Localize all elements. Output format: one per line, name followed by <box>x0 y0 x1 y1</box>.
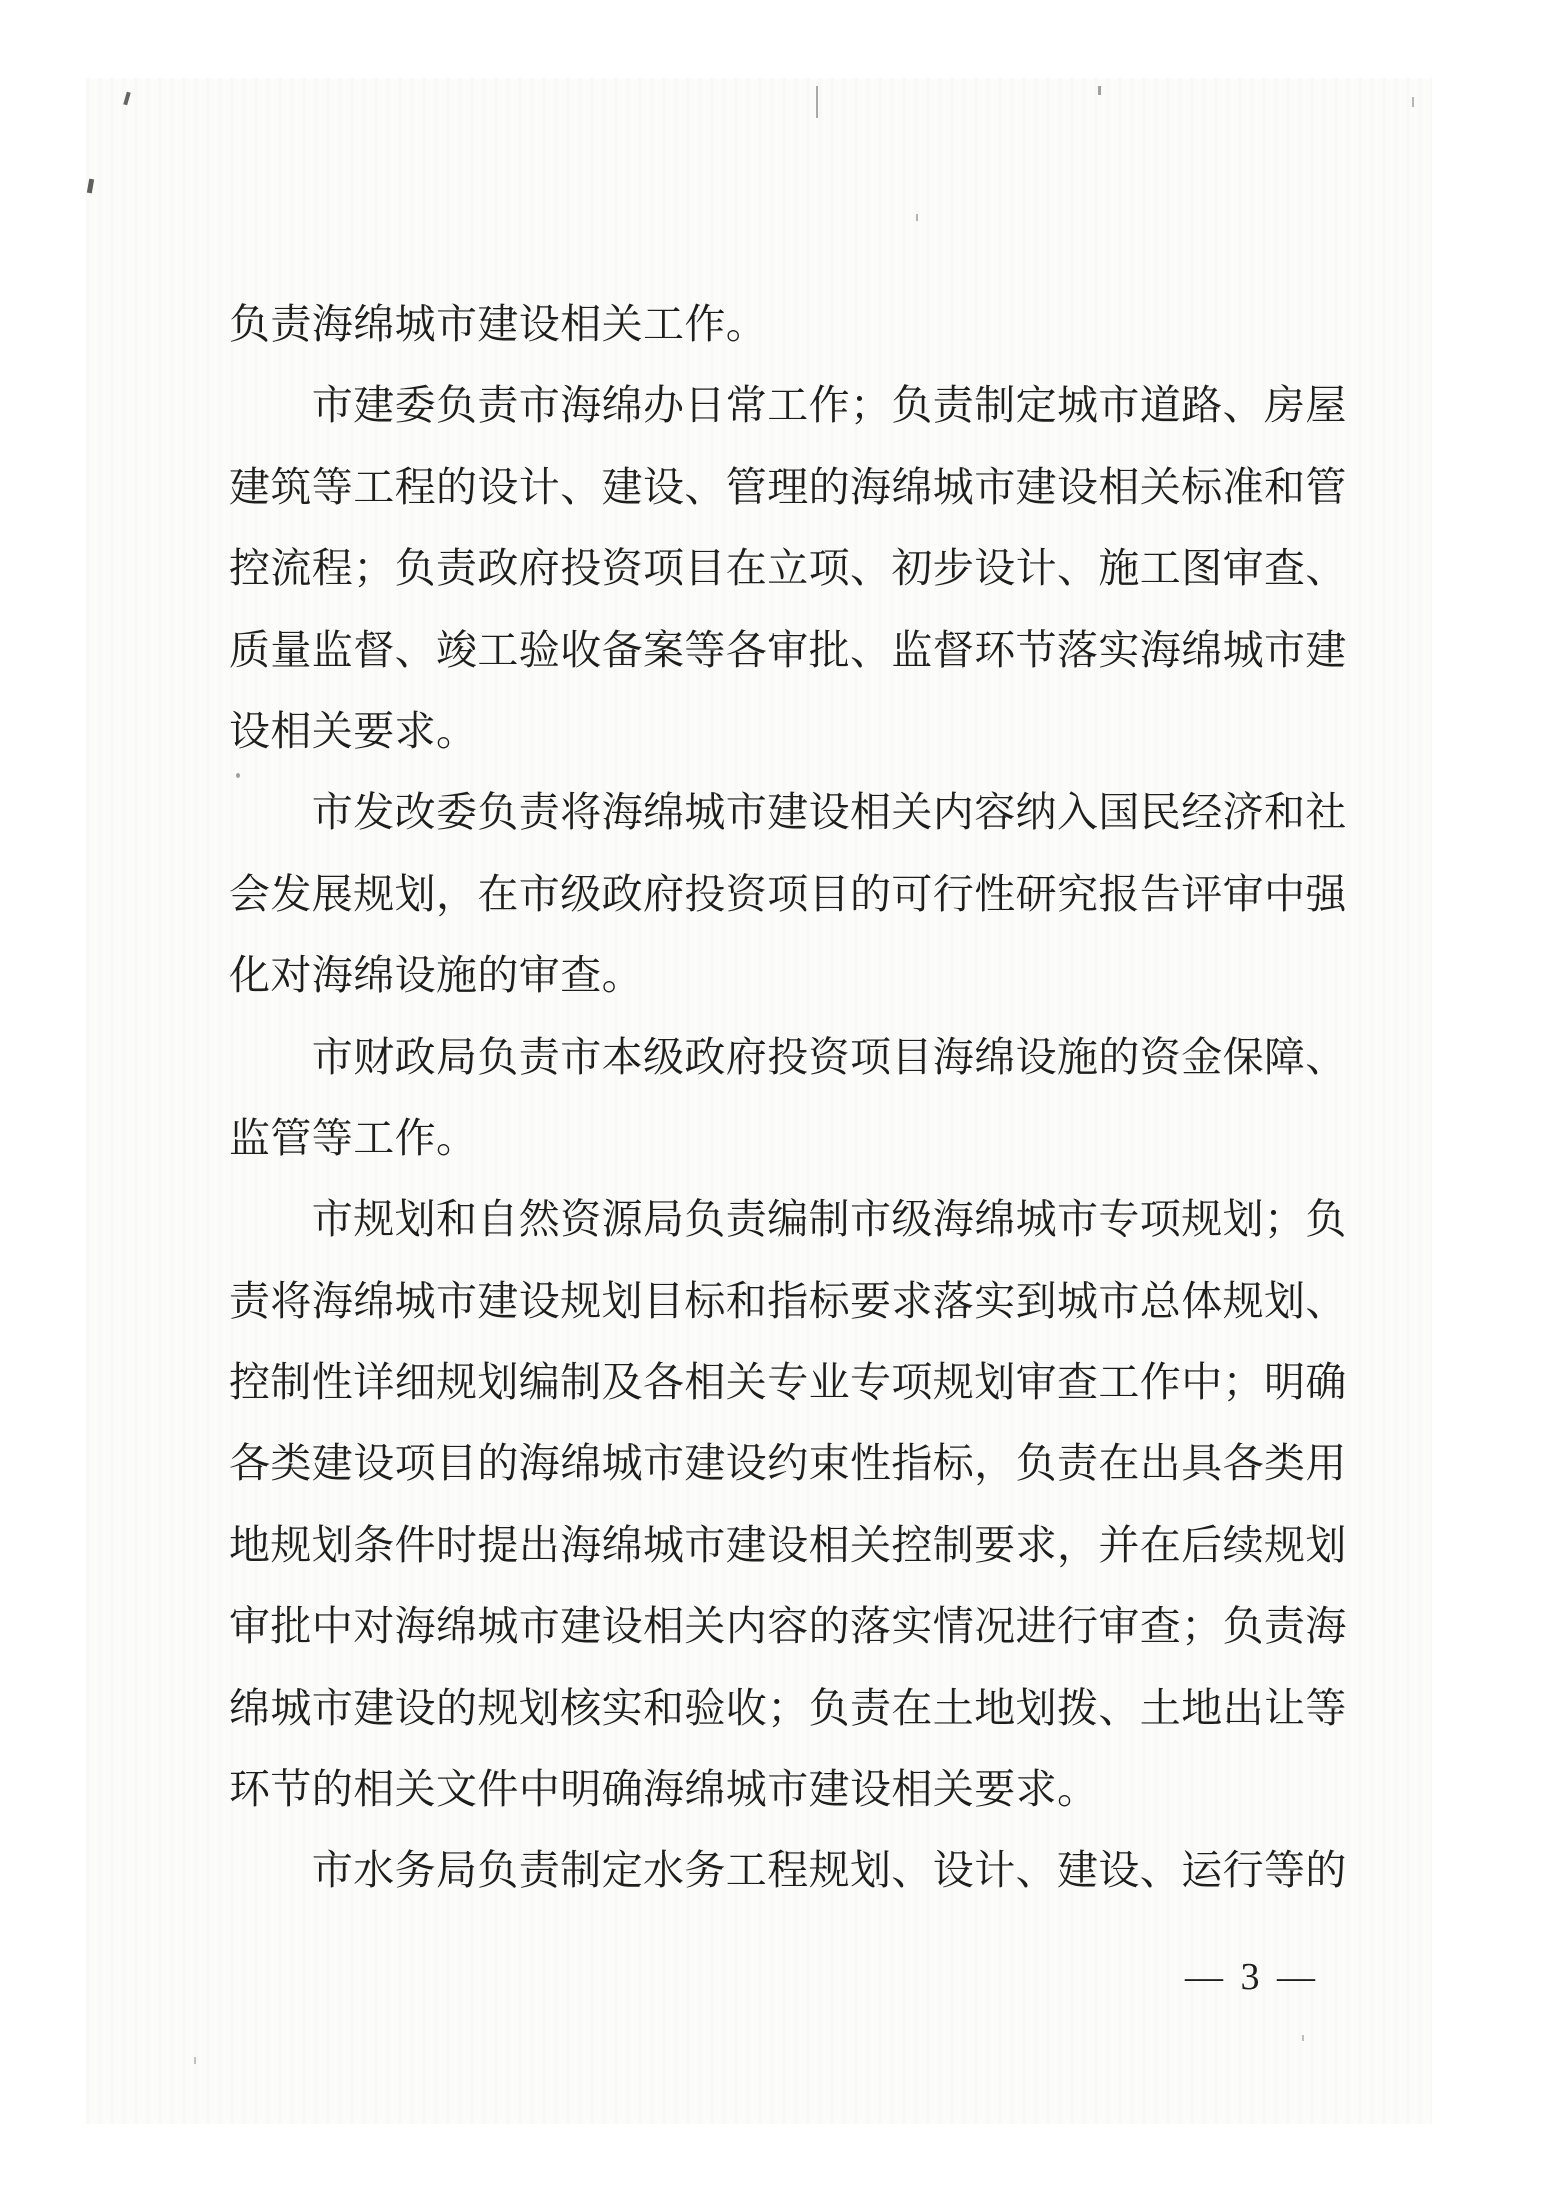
text-line: 建筑等工程的设计、建设、管理的海绵城市建设相关标准和管 <box>229 447 1353 528</box>
text-line: 控流程；负责政府投资项目在立项、初步设计、施工图审查、 <box>229 528 1353 609</box>
text-line: 会发展规划，在市级政府投资项目的可行性研究报告评审中强 <box>229 854 1353 935</box>
text-line: 绵城市建设的规划核实和验收；负责在土地划拨、土地出让等 <box>229 1668 1353 1749</box>
text-line: 各类建设项目的海绵城市建设约束性指标，负责在出具各类用 <box>229 1423 1353 1504</box>
paragraph-planning-natural-resources-bureau: 市规划和自然资源局负责编制市级海绵城市专项规划；负 责将海绵城市建设规划目标和指… <box>229 1179 1353 1830</box>
text-line: 地规划条件时提出海绵城市建设相关控制要求，并在后续规划 <box>229 1505 1353 1586</box>
text-line: 市水务局负责制定水务工程规划、设计、建设、运行等的 <box>229 1830 1353 1911</box>
page-number: — 3 — <box>1178 1955 1326 1999</box>
text-line: 设相关要求。 <box>229 691 1353 772</box>
paragraph-development-reform-commission: 市发改委负责将海绵城市建设相关内容纳入国民经济和社 会发展规划，在市级政府投资项… <box>229 772 1353 1016</box>
text-line: 监管等工作。 <box>229 1098 1353 1179</box>
text-line: 环节的相关文件中明确海绵城市建设相关要求。 <box>229 1749 1353 1830</box>
paragraph-construction-committee: 市建委负责市海绵办日常工作；负责制定城市道路、房屋 建筑等工程的设计、建设、管理… <box>229 365 1353 772</box>
text-line: 化对海绵设施的审查。 <box>229 935 1353 1016</box>
text-line: 控制性详细规划编制及各相关专业专项规划审查工作中；明确 <box>229 1342 1353 1423</box>
paragraph-finance-bureau: 市财政局负责市本级政府投资项目海绵设施的资金保障、 监管等工作。 <box>229 1017 1353 1180</box>
text-line: 市建委负责市海绵办日常工作；负责制定城市道路、房屋 <box>229 365 1353 446</box>
text-line: 市财政局负责市本级政府投资项目海绵设施的资金保障、 <box>229 1017 1353 1098</box>
document-page: 负责海绵城市建设相关工作。 市建委负责市海绵办日常工作；负责制定城市道路、房屋 … <box>0 0 1541 2197</box>
paragraph-water-affairs-bureau: 市水务局负责制定水务工程规划、设计、建设、运行等的 <box>229 1830 1353 1911</box>
text-line: 审批中对海绵城市建设相关内容的落实情况进行审查；负责海 <box>229 1586 1353 1667</box>
document-body: 负责海绵城市建设相关工作。 市建委负责市海绵办日常工作；负责制定城市道路、房屋 … <box>229 284 1353 1912</box>
text-line: 负责海绵城市建设相关工作。 <box>229 284 1353 365</box>
text-line: 责将海绵城市建设规划目标和指标要求落实到城市总体规划、 <box>229 1261 1353 1342</box>
text-line: 市发改委负责将海绵城市建设相关内容纳入国民经济和社 <box>229 772 1353 853</box>
paragraph-continuation: 负责海绵城市建设相关工作。 <box>229 284 1353 365</box>
text-line: 质量监督、竣工验收备案等各审批、监督环节落实海绵城市建 <box>229 610 1353 691</box>
text-line: 市规划和自然资源局负责编制市级海绵城市专项规划；负 <box>229 1179 1353 1260</box>
